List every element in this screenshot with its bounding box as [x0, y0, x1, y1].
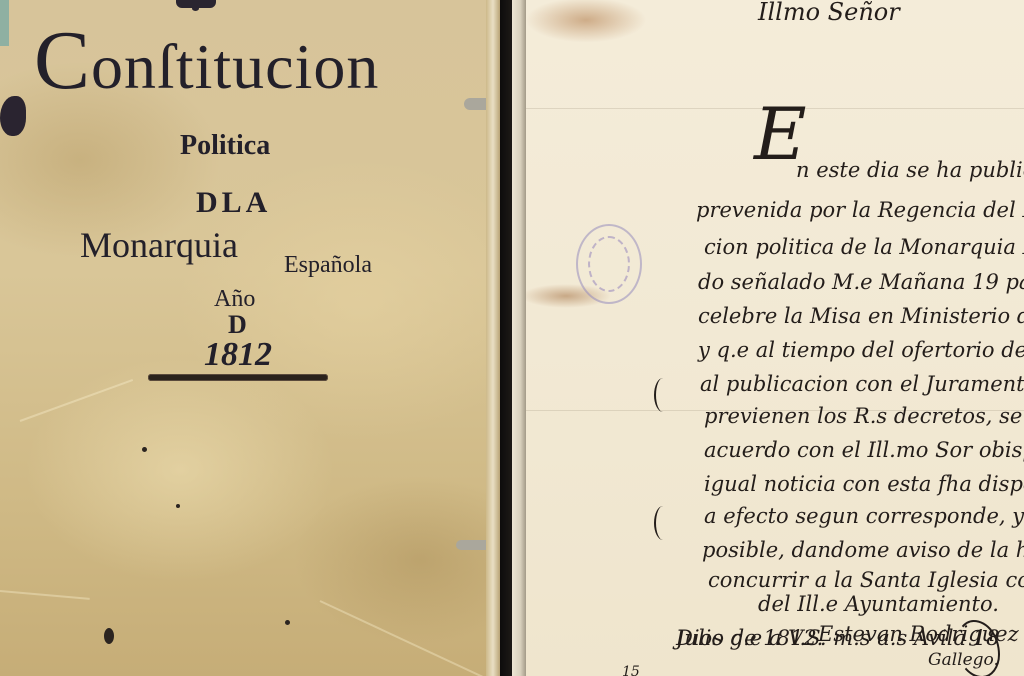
letter-line: igual noticia con esta fha disponer le l… [704, 474, 1024, 495]
leaf-ornament-icon [0, 96, 26, 136]
cover-line-espanola: Española [284, 252, 372, 279]
letter-line: prevenida por la Regencia del Reyno la c… [696, 200, 1024, 221]
vellum-crease [20, 379, 133, 422]
letter-salutation: Illmo Señor [758, 0, 900, 26]
manuscript-letter: Illmo Señor E n este dia se ha publicado… [526, 0, 1024, 676]
cover-rule-bar [148, 374, 328, 381]
letter-line: do señalado M.e Mañana 19 para que se [698, 272, 1024, 293]
page-mark: 15 [622, 664, 640, 676]
letter-line: previenen los R.s decretos, se servirá V… [704, 406, 1024, 427]
letter-line: celebre la Misa en Ministerio de gra [698, 306, 1024, 327]
archive-stamp-icon [576, 224, 642, 304]
cover-edge [486, 0, 500, 676]
letter-line: n este dia se ha publicado en la p [796, 160, 1024, 181]
letter-line: posible, dandome aviso de la hora en q.e [702, 540, 1024, 561]
margin-flourish-icon [654, 506, 672, 540]
vellum-crease [0, 590, 90, 600]
letter-line: al publicacion con el Juramento, y demas… [700, 374, 1024, 395]
letter-date: Julio de 1812. [676, 628, 823, 649]
teal-backing-strip [0, 0, 9, 46]
cover-line-ano: Año [214, 286, 255, 313]
cover-year: 1812 [204, 336, 272, 374]
cover-line-monarquia: Monarquia [80, 224, 238, 266]
letter-line: cion politica de la Monarquia Española, [704, 237, 1024, 258]
cover-title-rest: onſtitucion [91, 31, 379, 102]
ink-blot [285, 620, 290, 625]
constitution-cover: Conſtitucion Politica DLA Monarquia Espa… [0, 0, 500, 676]
ink-blot [142, 447, 147, 452]
top-ornament-icon [176, 0, 216, 8]
ink-blot [176, 504, 180, 508]
ink-blot [104, 628, 114, 644]
cover-title: Conſtitucion [34, 12, 434, 109]
letter-line: a efecto segun corresponde, y en la form… [704, 506, 1024, 527]
margin-flourish-icon [654, 378, 672, 412]
letter-line: acuerdo con el Ill.mo Sor obispo a quien [704, 440, 1024, 461]
cover-line-dla: DLA [196, 186, 271, 220]
letter-line: del Ill.e Ayuntamiento. [758, 594, 999, 615]
cover-line-politica: Politica [180, 130, 270, 162]
letter-line: y q.e al tiempo del ofertorio de ella se… [698, 340, 1024, 361]
letter-line: concurrir a la Santa Iglesia con los Ind… [708, 570, 1024, 591]
letter-edge [512, 0, 526, 676]
cover-title-capital: C [34, 14, 91, 107]
vellum-crease [320, 600, 484, 676]
